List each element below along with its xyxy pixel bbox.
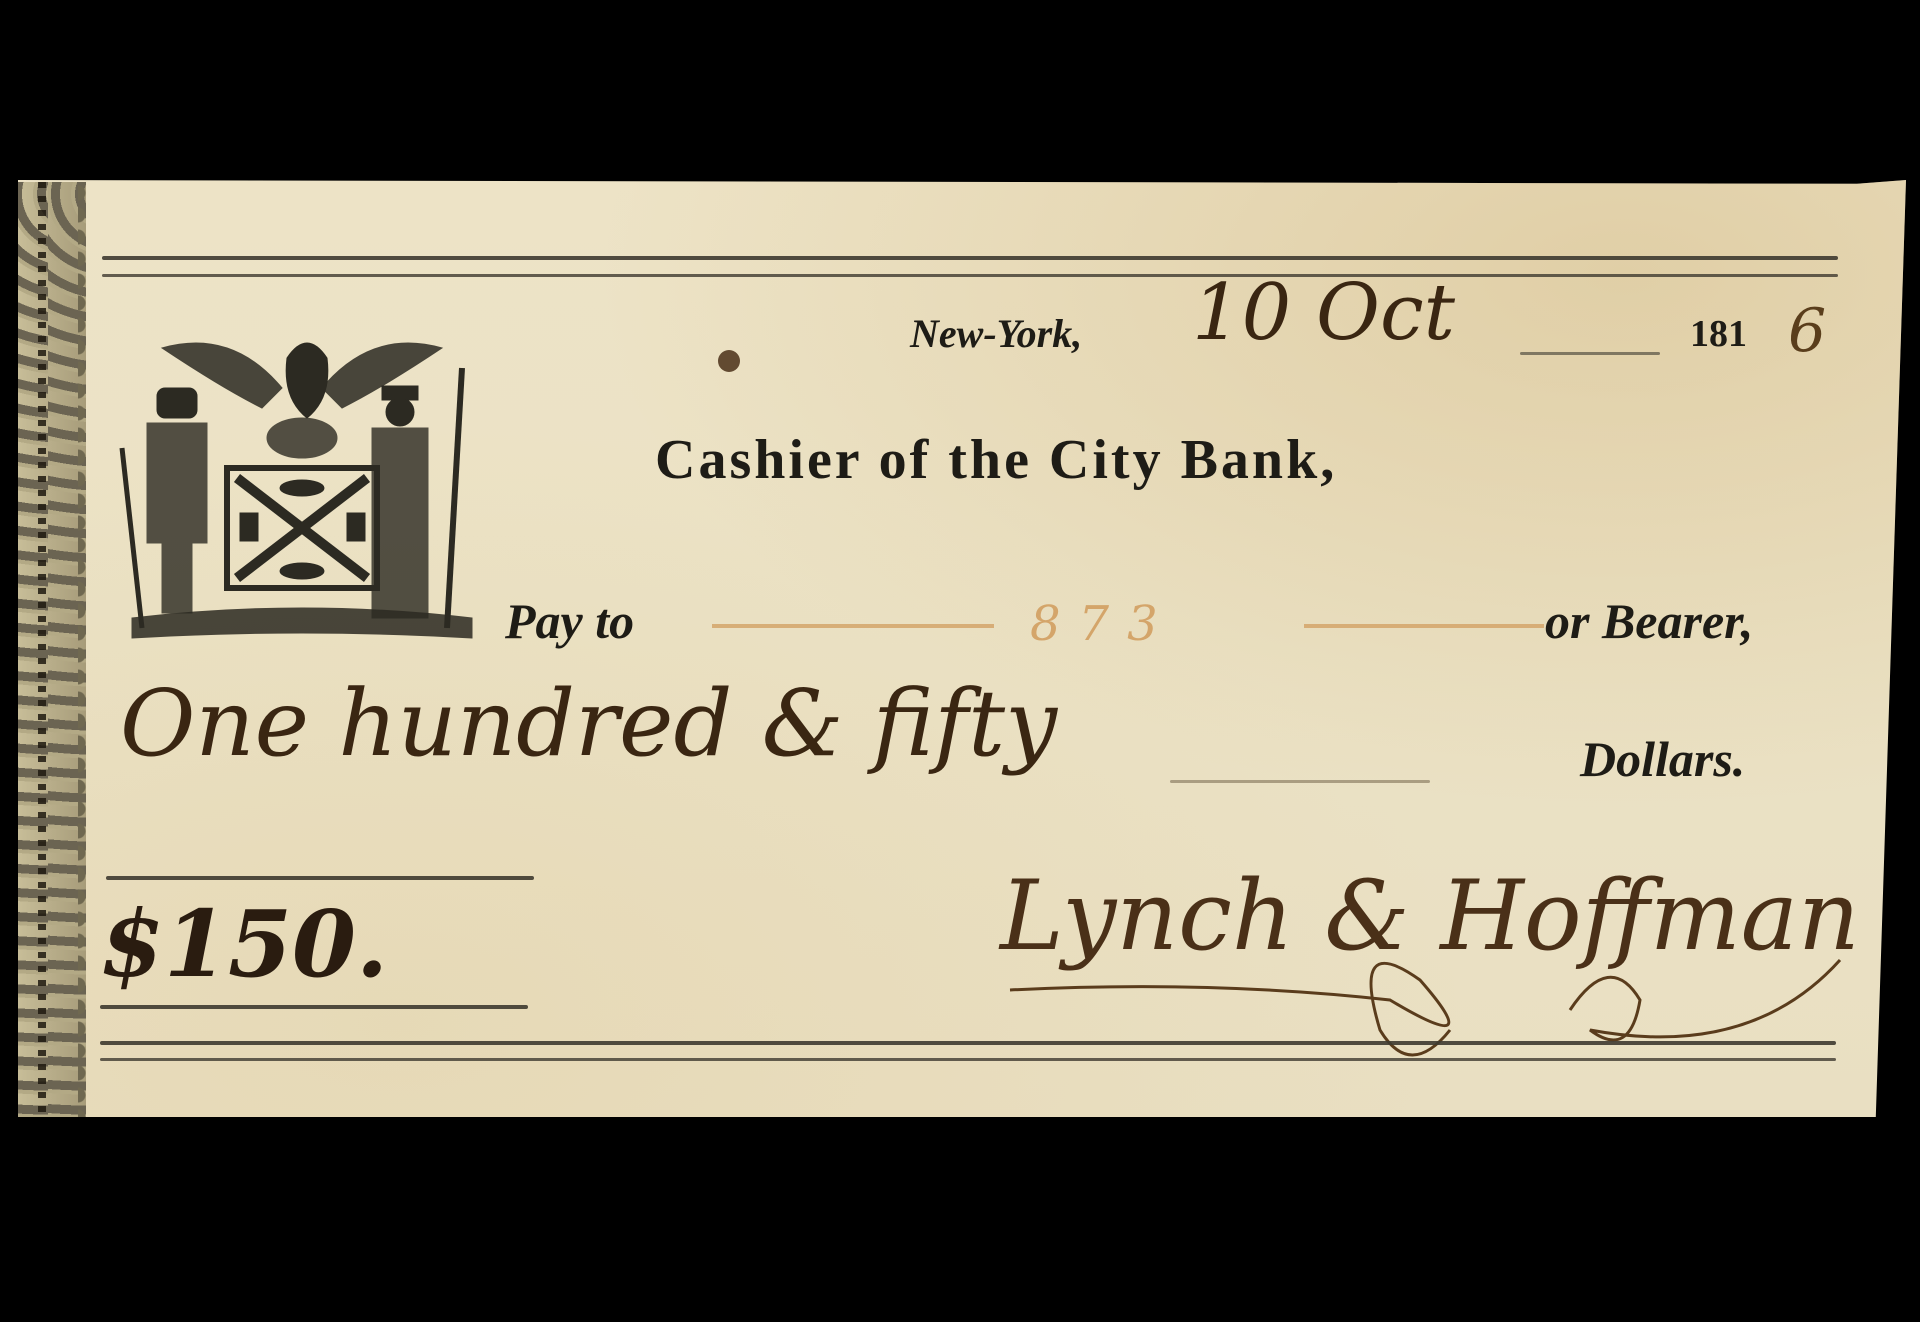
date-underline [1520,352,1660,355]
signature-flourish [990,940,1890,1070]
amount-box-bottom-rule [100,1005,528,1009]
bearer-label: or Bearer, [1545,592,1753,650]
top-rule [102,256,1838,260]
drawee-label: Cashier of the City Bank, [655,428,1337,492]
perforated-stub-border [18,182,86,1117]
amount-figure: $150. [100,890,388,998]
place-label: New-York, [910,310,1082,357]
bottom-rule-inner [100,1058,1836,1061]
words-dash [1170,780,1430,783]
year-printed: 181 [1690,312,1747,356]
year-handwritten: 6 [1788,296,1826,366]
payee-line-right [1304,624,1544,628]
date-handwritten: 10 Oct [1192,268,1455,358]
amount-in-words: One hundred & fifty [120,670,1057,777]
payee-handwritten: 873 [1030,596,1176,652]
top-rule-inner [102,274,1838,277]
payee-line-left [712,624,994,628]
amount-box-top-rule [106,876,534,880]
bottom-rule [100,1041,1836,1045]
ink-blot [718,350,740,372]
dollars-label: Dollars. [1580,730,1745,788]
pay-to-label: Pay to [505,592,634,650]
new-york-city-seal-icon [112,328,492,668]
